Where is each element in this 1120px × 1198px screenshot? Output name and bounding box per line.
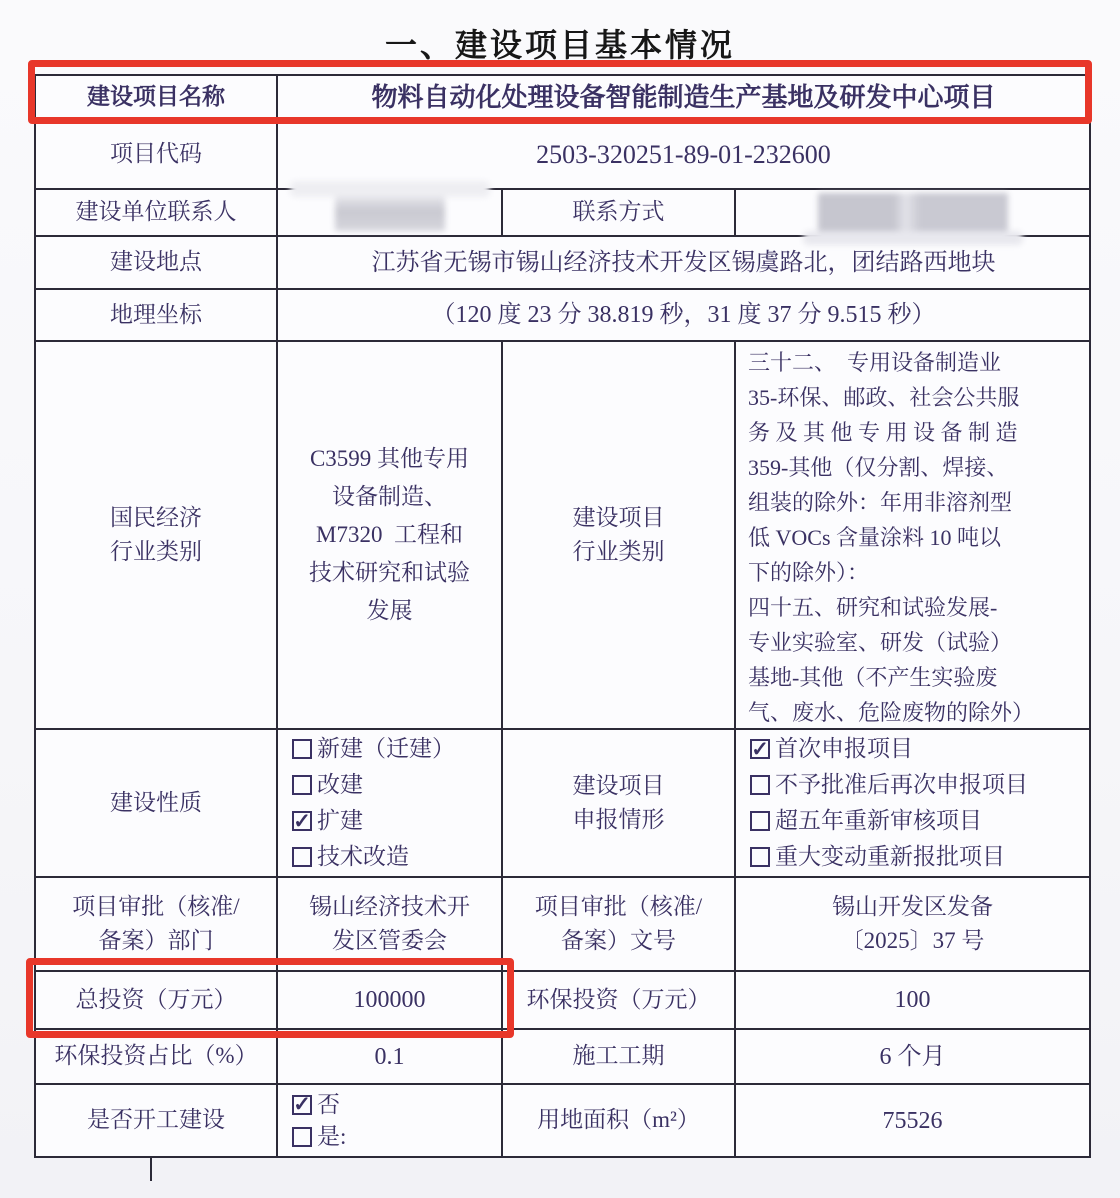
project-code-label: 项目代码 [36, 120, 278, 188]
project-industry-value: 三十二、 专用设备制造业 35-环保、邮政、社会公共服 务 及 其 他 专 用 … [736, 342, 1089, 728]
cropped-next-row-divider [150, 1157, 152, 1181]
checkbox-label: 技术改造 [317, 839, 409, 875]
location-value: 江苏省无锡市锡山经济技术开发区锡虞路北，团结路西地块 [278, 237, 1089, 288]
checkbox-label: 超五年重新审核项目 [775, 803, 982, 839]
env-ratio-label: 环保投资占比（%） [36, 1030, 278, 1083]
start-row: 是否开工建设 ✓ 否 是: 用地面积（m²） 75526 [36, 1085, 1089, 1156]
checkbox-label: 不予批准后再次申报项目 [775, 767, 1028, 803]
start-construction-options: ✓ 否 是: [278, 1085, 503, 1156]
start-construction-label: 是否开工建设 [36, 1085, 278, 1156]
industry-row: 国民经济 行业类别 C3599 其他专用 设备制造、 M7320 工程和 技术研… [36, 342, 1089, 730]
land-area-label: 用地面积（m²） [503, 1085, 736, 1156]
project-name-label: 建设项目名称 [36, 76, 278, 118]
location-label: 建设地点 [36, 237, 278, 288]
checkbox-not-started[interactable]: ✓ 否 [292, 1089, 340, 1121]
checkbox-icon [750, 811, 770, 831]
checkbox-label: 扩建 [317, 803, 363, 839]
checkbox-rebuild[interactable]: 改建 [292, 767, 363, 803]
checkbox-icon [750, 775, 770, 795]
declaration-situation-label: 建设项目 申报情形 [503, 730, 736, 876]
page-title: 一、建设项目基本情况 [0, 20, 1120, 66]
checkbox-icon [292, 1127, 312, 1147]
declaration-situation-options: ✓ 首次申报项目 不予批准后再次申报项目 超五年重新审核项目 重大变动重新报批项… [736, 730, 1089, 876]
env-ratio-value: 0.1 [278, 1030, 503, 1083]
checkbox-label: 新建（迁建） [317, 731, 455, 767]
contact-person-label: 建设单位联系人 [36, 190, 278, 235]
checkbox-redeclare-after-rejection[interactable]: 不予批准后再次申报项目 [750, 767, 1028, 803]
approval-doc-value: 锡山开发区发备 〔2025〕37 号 [736, 878, 1089, 970]
scanned-form-page: 一、建设项目基本情况 建设项目名称 物料自动化处理设备智能制造生产基地及研发中心… [0, 0, 1120, 1198]
checkbox-icon [750, 847, 770, 867]
checkbox-icon: ✓ [750, 739, 770, 759]
checkbox-label: 否 [317, 1089, 340, 1121]
redacted-contact-method-block [818, 193, 1008, 233]
contact-method-cell [736, 190, 1089, 235]
env-investment-value: 100 [736, 972, 1089, 1028]
checkbox-label: 重大变动重新报批项目 [775, 839, 1005, 875]
checkbox-icon [292, 775, 312, 795]
construction-nature-options: 新建（迁建） 改建 ✓ 扩建 技术改造 [278, 730, 503, 876]
ratio-row: 环保投资占比（%） 0.1 施工工期 6 个月 [36, 1030, 1089, 1085]
env-investment-label: 环保投资（万元） [503, 972, 736, 1028]
checkbox-over-five-year-review[interactable]: 超五年重新审核项目 [750, 803, 982, 839]
checkbox-started[interactable]: 是: [292, 1121, 346, 1153]
checkbox-major-change-redeclare[interactable]: 重大变动重新报批项目 [750, 839, 1005, 875]
nature-row: 建设性质 新建（迁建） 改建 ✓ 扩建 技术改造 [36, 730, 1089, 878]
contact-row: 建设单位联系人 联系方式 [36, 190, 1089, 237]
checkbox-icon [292, 847, 312, 867]
approval-dept-label: 项目审批（核准/ 备案）部门 [36, 878, 278, 970]
checkbox-expansion[interactable]: ✓ 扩建 [292, 803, 363, 839]
coordinates-value: （120 度 23 分 38.819 秒，31 度 37 分 9.515 秒） [278, 290, 1089, 340]
checkbox-icon: ✓ [292, 811, 312, 831]
checkbox-label: 是: [317, 1121, 346, 1153]
total-investment-label: 总投资（万元） [36, 972, 278, 1028]
checkbox-icon [292, 739, 312, 759]
checkbox-new-relocation[interactable]: 新建（迁建） [292, 731, 455, 767]
construction-nature-label: 建设性质 [36, 730, 278, 876]
project-industry-label: 建设项目 行业类别 [503, 342, 736, 728]
national-industry-value: C3599 其他专用 设备制造、 M7320 工程和 技术研究和试验 发展 [278, 342, 503, 728]
project-name-row: 建设项目名称 物料自动化处理设备智能制造生产基地及研发中心项目 [36, 76, 1089, 120]
checkbox-label: 改建 [317, 767, 363, 803]
location-row: 建设地点 江苏省无锡市锡山经济技术开发区锡虞路北，团结路西地块 [36, 237, 1089, 290]
contact-method-label: 联系方式 [503, 190, 736, 235]
checkbox-label: 首次申报项目 [775, 731, 913, 767]
coordinates-row: 地理坐标 （120 度 23 分 38.819 秒，31 度 37 分 9.51… [36, 290, 1089, 342]
contact-person-cell [278, 190, 503, 235]
approval-row: 项目审批（核准/ 备案）部门 锡山经济技术开 发区管委会 项目审批（核准/ 备案… [36, 878, 1089, 972]
approval-doc-label: 项目审批（核准/ 备案）文号 [503, 878, 736, 970]
project-code-value: 2503-320251-89-01-232600 [278, 120, 1089, 188]
checkbox-icon: ✓ [292, 1095, 312, 1115]
land-area-value: 75526 [736, 1085, 1089, 1156]
approval-dept-value: 锡山经济技术开 发区管委会 [278, 878, 503, 970]
construction-period-value: 6 个月 [736, 1030, 1089, 1083]
coordinates-label: 地理坐标 [36, 290, 278, 340]
redacted-contact-person-block [335, 195, 445, 231]
total-investment-value: 100000 [278, 972, 503, 1028]
project-code-row: 项目代码 2503-320251-89-01-232600 [36, 120, 1089, 190]
basic-info-table: 建设项目名称 物料自动化处理设备智能制造生产基地及研发中心项目 项目代码 250… [34, 74, 1091, 1158]
project-name-value: 物料自动化处理设备智能制造生产基地及研发中心项目 [278, 76, 1089, 118]
checkbox-first-declaration[interactable]: ✓ 首次申报项目 [750, 731, 913, 767]
national-industry-label: 国民经济 行业类别 [36, 342, 278, 728]
investment-row: 总投资（万元） 100000 环保投资（万元） 100 [36, 972, 1089, 1030]
checkbox-tech-transformation[interactable]: 技术改造 [292, 839, 409, 875]
construction-period-label: 施工工期 [503, 1030, 736, 1083]
